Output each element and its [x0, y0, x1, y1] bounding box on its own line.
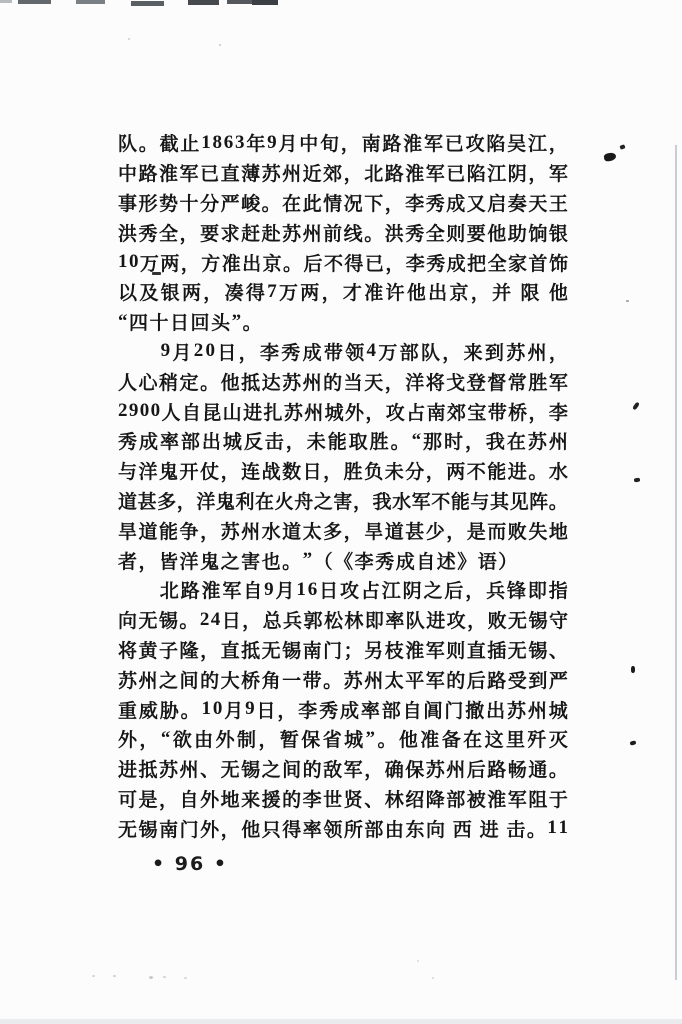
top-edge-scan-bar-segment: [18, 0, 51, 4]
text-line: 2900人自昆山进扎苏州城外，攻占南郊宝带桥，李: [118, 396, 568, 426]
text-line: 9月20日，李秀成带领4万部队，来到苏州，: [118, 337, 568, 367]
top-edge-scan-bar-segment: [227, 0, 255, 4]
text-line: 队。截止1863年9月中旬，南路淮军已攻陷吴江，: [118, 128, 568, 158]
top-edge-scan-bar-segment: [0, 0, 12, 3]
page-number: • 96 •: [152, 853, 228, 875]
text-line: 以及银两，凑得7万两，才准许他出京，并 限 他: [118, 277, 568, 307]
text-line: 者，皆洋鬼之害也。”（《李秀成自述》语）: [118, 545, 568, 575]
text-line: 无锡南门外，他只得率领所部由东向 西 进 击。11: [118, 813, 568, 843]
page-bottom-edge-line: [0, 1019, 682, 1024]
text-line: 事形势十分严峻。在此情况下，李秀成又启奏天王: [118, 188, 568, 218]
ink-speck: [113, 975, 116, 977]
body-text-block: 队。截止1863年9月中旬，南路淮军已攻陷吴江，中路淮军已直薄苏州近郊，北路淮军…: [118, 128, 568, 843]
top-edge-scan-bar-segment: [76, 0, 105, 4]
text-line: 洪秀全，要求赶赴苏州前线。洪秀全则要他助饷银: [118, 217, 568, 247]
ink-speck: [632, 402, 640, 411]
text-line: 进抵苏州、无锡之间的敌军，确保苏州后路畅通。: [118, 754, 568, 784]
ink-speck: [163, 976, 166, 978]
ink-speck: [432, 977, 434, 979]
ink-speck: [631, 666, 635, 673]
top-edge-scan-bar-segment: [188, 0, 219, 5]
ink-speck: [634, 478, 641, 483]
scanned-book-page: 队。截止1863年9月中旬，南路淮军已攻陷吴江，中路淮军已直薄苏州近郊，北路淮军…: [0, 0, 682, 1024]
top-edge-scan-bar-segment: [252, 0, 278, 5]
text-line: 人心稍定。他抵达苏州的当天，洋将戈登督常胜军: [118, 366, 568, 396]
text-line: 秀成率部出城反击，未能取胜。“那时，我在苏州: [118, 426, 568, 456]
text-line: 北路淮军自9月16日攻占江阴之后，兵锋即指: [118, 575, 568, 605]
text-line: 中路淮军已直薄苏州近郊，北路淮军已陷江阴，军: [118, 158, 568, 188]
ink-speck: [149, 976, 153, 979]
top-edge-scan-bar-segment: [131, 1, 164, 6]
ink-speck: [626, 300, 629, 302]
ink-speck: [630, 740, 637, 745]
ink-speck: [604, 152, 617, 162]
text-line: 将黄子隆，直抵无锡南门；另枝淮军则直插无锡、: [118, 635, 568, 665]
ink-speck: [184, 977, 187, 979]
text-line: 10万两，方准出京。后不得已，李秀成把全家首饰: [118, 247, 568, 277]
text-line: 与洋鬼开仗，连战数日，胜负未分，两不能进。水: [118, 456, 568, 486]
page-right-edge-line: [675, 145, 677, 980]
ink-speck: [417, 960, 419, 962]
ink-speck: [619, 144, 625, 149]
ink-speck: [128, 38, 130, 40]
ink-speck: [92, 975, 95, 977]
text-line: 向无锡。24日，总兵郭松林即率队进攻，败无锡守: [118, 605, 568, 635]
text-line: 重威胁。10月9日，李秀成率部自阊门撤出苏州城: [118, 694, 568, 724]
text-line: 旱道能争，苏州水道太多，旱道甚少，是而败失地: [118, 515, 568, 545]
text-line: 苏州之间的大桥角一带。苏州太平军的后路受到严: [118, 664, 568, 694]
text-line: “四十日回头”。: [118, 307, 568, 337]
text-line: 可是，自外地来援的李世贤、林绍降部被淮军阻于: [118, 784, 568, 814]
ink-speck: [219, 44, 221, 46]
text-line: 道甚多，洋鬼利在火舟之害，我水军不能与其见阵。: [118, 486, 568, 516]
text-line: 外，“欲由外制，暂保省城”。他准备在这里歼灭: [118, 724, 568, 754]
